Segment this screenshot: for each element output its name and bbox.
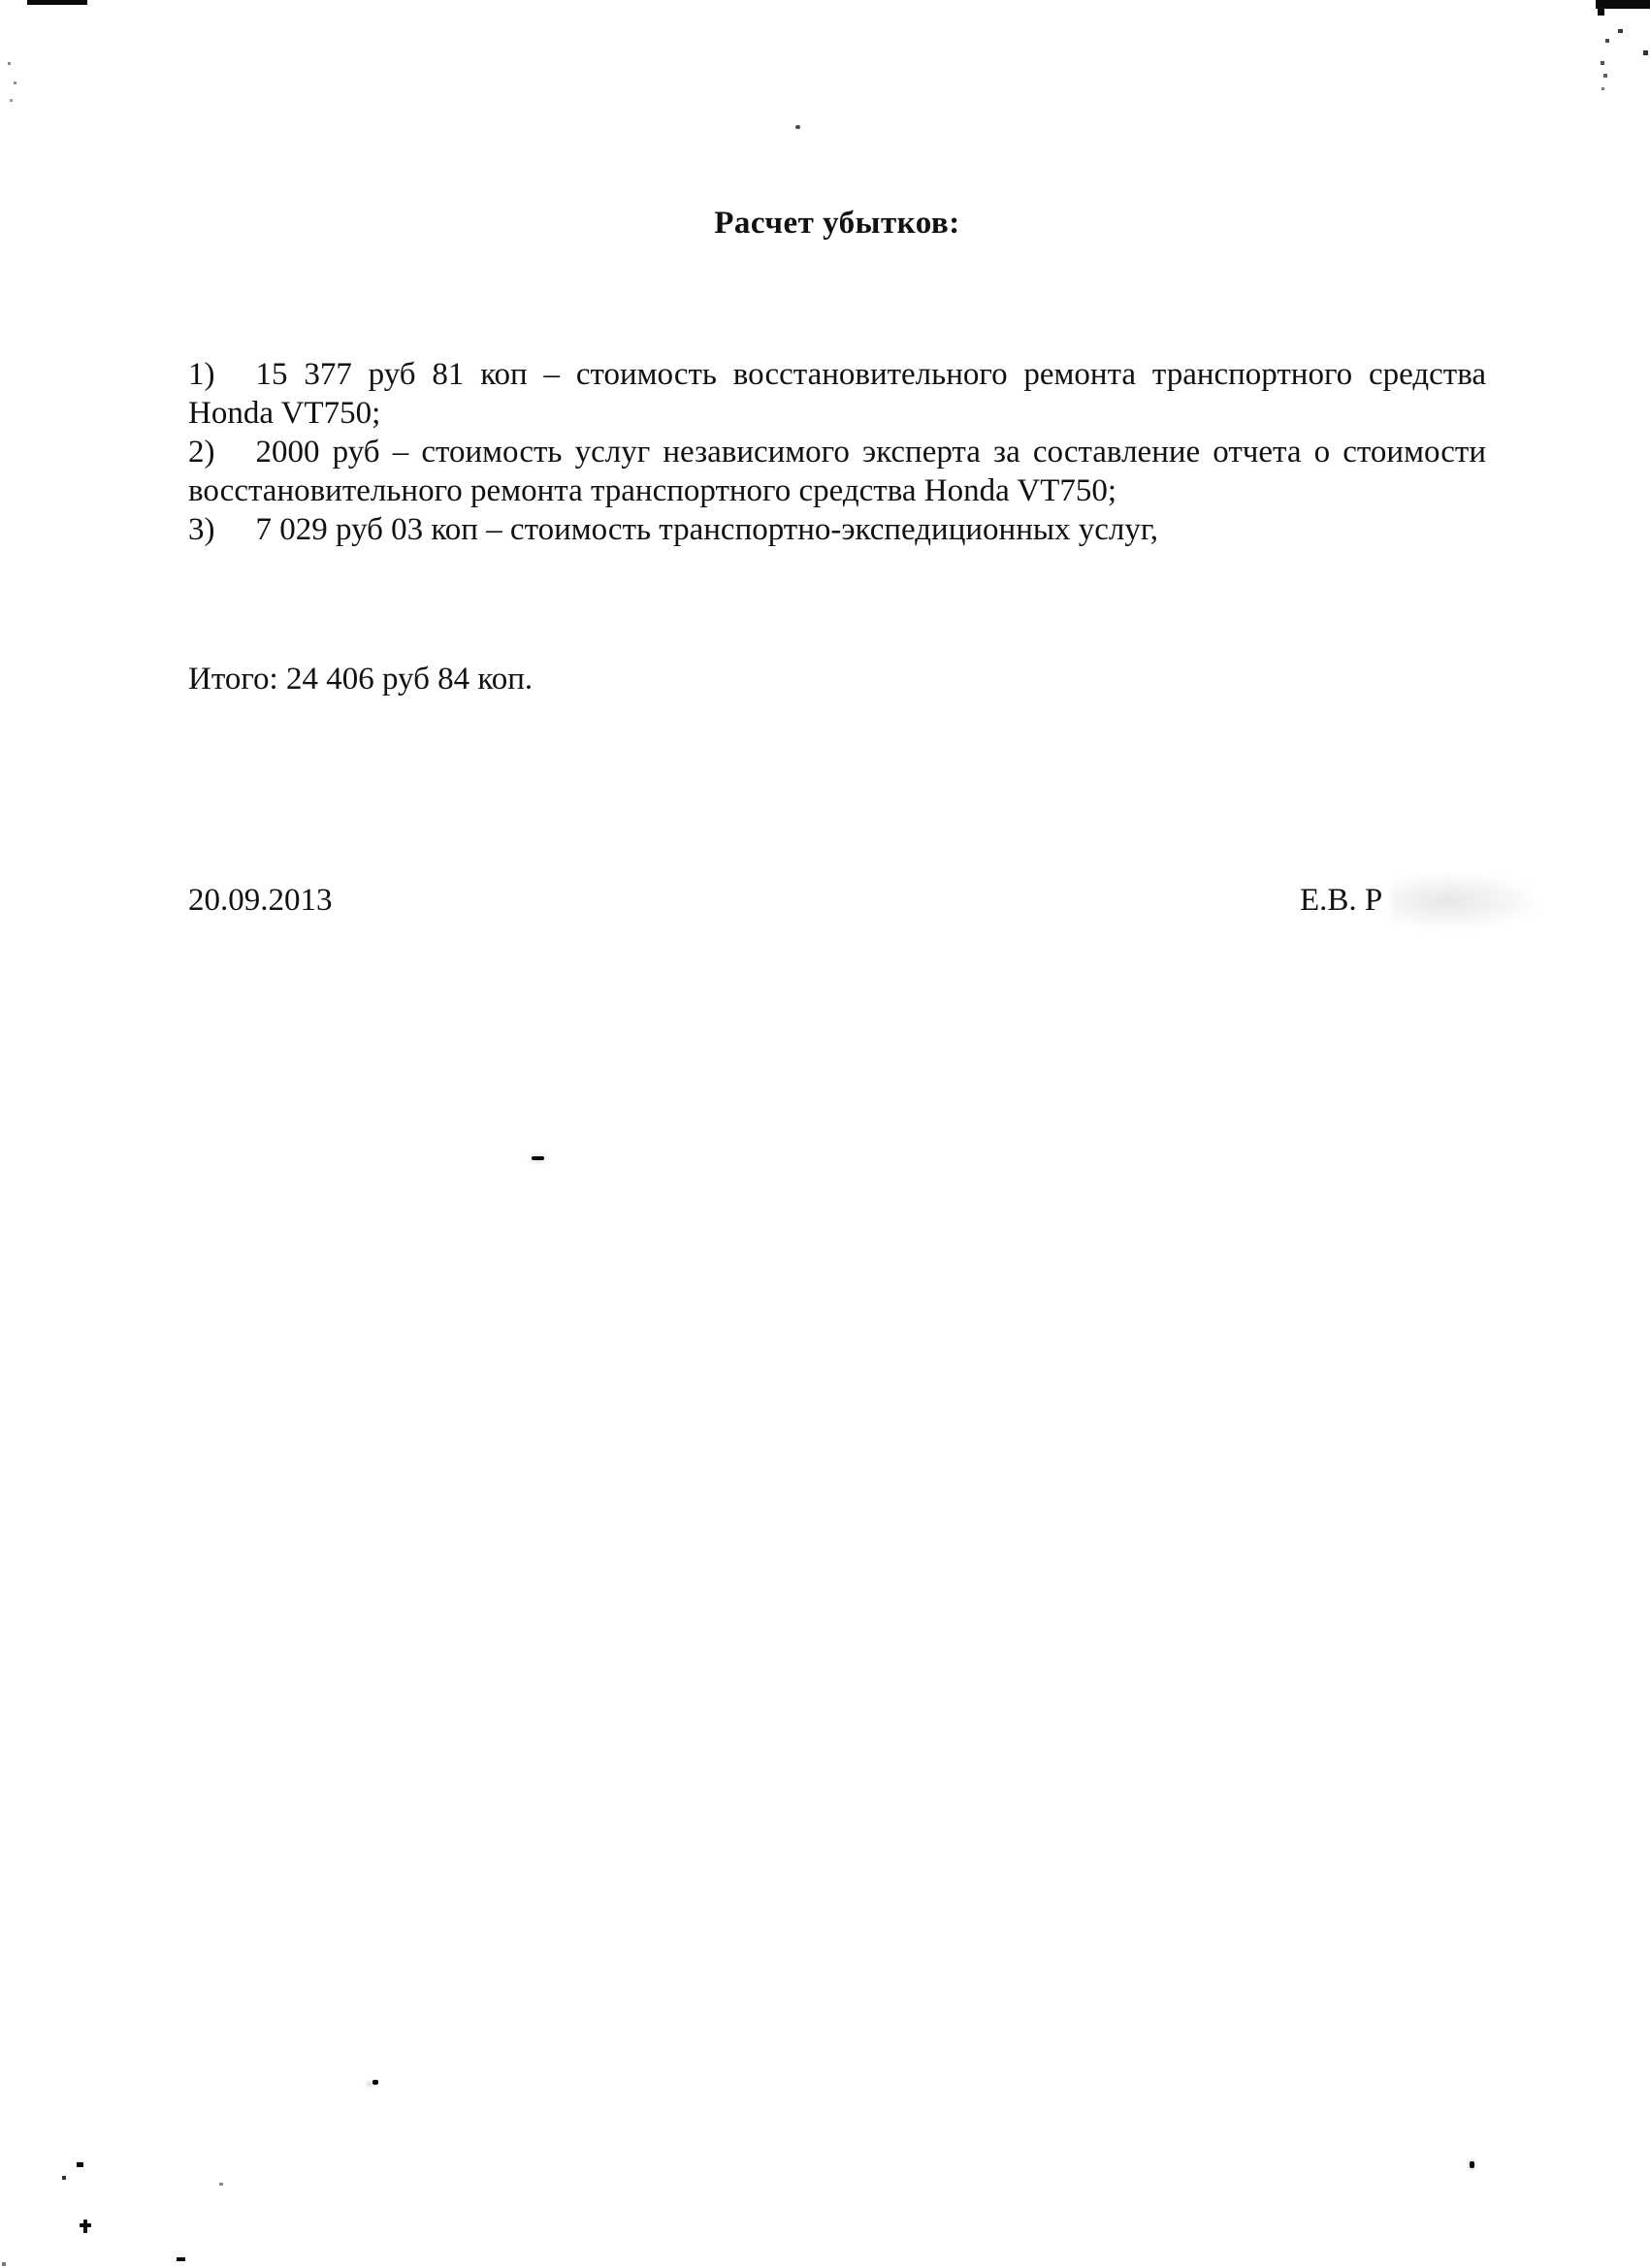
scan-artifact-speck [219,2183,223,2186]
scan-artifact-speck [10,99,13,102]
loss-item-3: 3)7 029 руб 03 коп – стоимость транспорт… [188,510,1486,549]
scan-artifact-speck [77,2162,83,2167]
scan-artifact-cross-mark [80,2223,91,2227]
scan-artifact-speck [1470,2161,1474,2168]
document-date: 20.09.2013 [188,883,333,918]
scan-artifact-speck [1603,74,1607,78]
scan-artifact-speck [1643,50,1648,55]
scan-artifact-top-right-notch [1598,9,1604,16]
tab-spacer [215,383,256,384]
scan-artifact-top-right-bar [1596,0,1650,9]
scan-artifact-speck [1601,87,1604,90]
loss-item-2-line-2: восстановительного ремонта транспортного… [188,471,1486,510]
document-title: Расчет убытков: [188,206,1486,242]
scan-artifact-speck [14,81,16,84]
loss-item-3-text: 7 029 руб 03 коп – стоимость транспортно… [256,512,1158,547]
scan-artifact-speck [1601,61,1604,65]
loss-item-1: 1)15 377 руб 81 коп – стоимость восстано… [188,355,1486,433]
loss-item-1-number: 1) [188,357,215,392]
total-amount: Итого: 24 406 руб 84 коп. [188,660,1486,698]
loss-item-3-line-1: 3)7 029 руб 03 коп – стоимость транспорт… [188,510,1486,549]
scan-artifact-speck [1605,39,1609,43]
scan-artifact-dash-mark [532,1156,544,1160]
scan-artifact-speck [372,2080,378,2085]
tab-spacer [215,461,256,462]
scan-artifact-speck [8,62,11,65]
loss-items-list: 1)15 377 руб 81 коп – стоимость восстано… [188,355,1486,549]
loss-item-1-line-2: Honda VT750; [188,394,1486,433]
scanned-document-page: Расчет убытков: 1)15 377 руб 81 коп – ст… [0,0,1650,2268]
tab-spacer [215,538,256,539]
scan-artifact-top-left-bar [27,0,87,5]
loss-item-1-line-1: 1)15 377 руб 81 коп – стоимость восстано… [188,355,1486,394]
loss-item-2-line-1: 2)2000 руб – стоимость услуг независимог… [188,433,1486,471]
signature-initials: Е.В. Р [1300,881,1382,920]
scan-artifact-speck [1618,29,1623,33]
loss-item-1-text: 15 377 руб 81 коп – стоимость восстанови… [256,357,1487,392]
loss-item-2-number: 2) [188,435,215,470]
scan-artifact-speck [62,2176,66,2180]
erased-signature-smudge [1391,873,1537,929]
scan-artifact-speck [795,125,800,129]
loss-item-2: 2)2000 руб – стоимость услуг независимог… [188,433,1486,510]
footer-row: 20.09.2013 Е.В. Р [188,881,1486,920]
loss-item-2-text: 2000 руб – стоимость услуг независимого … [256,435,1487,470]
scan-artifact-speck [177,2257,185,2261]
scan-artifact-speck [2,2262,6,2266]
loss-item-3-number: 3) [188,512,215,547]
